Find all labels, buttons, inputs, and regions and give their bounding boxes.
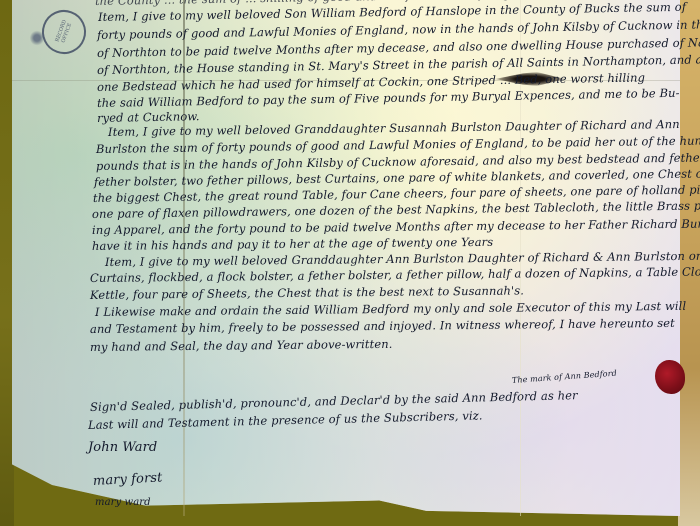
background-right-edge <box>678 0 700 526</box>
manuscript-line: ryed at Cucknow. <box>97 109 200 125</box>
witness-signature: John Ward <box>88 440 157 455</box>
witness-signature: mary ward <box>95 497 151 508</box>
background-left-edge <box>0 0 14 526</box>
wax-seal <box>655 360 685 394</box>
archive-stamp-text: RECORD OFFICE <box>52 11 77 53</box>
